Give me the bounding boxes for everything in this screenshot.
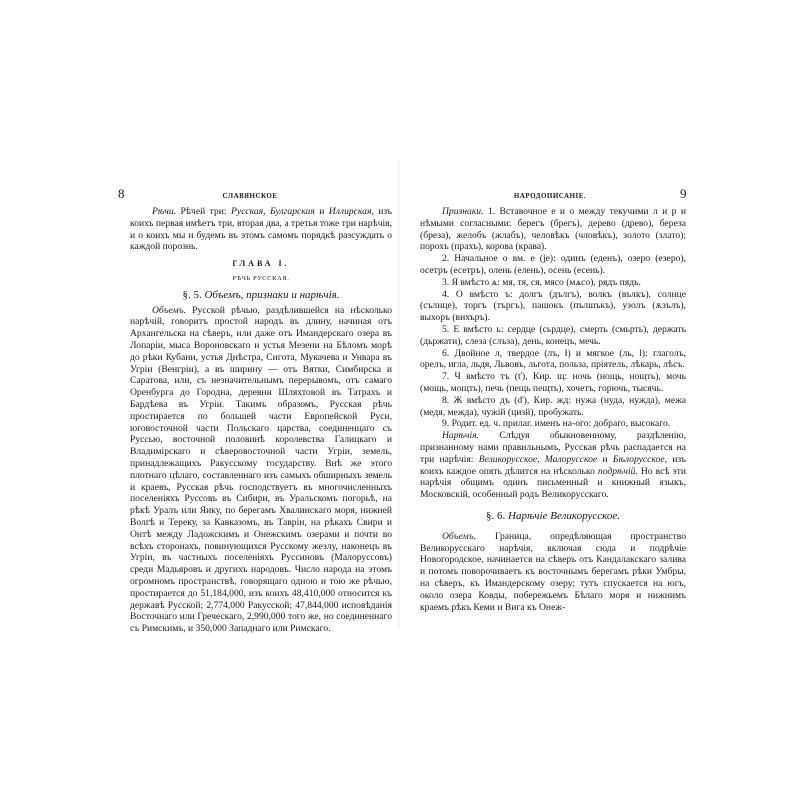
item-text: Е вмѣсто ь: сердце (сьрдце), смерть (смь… bbox=[420, 324, 686, 347]
body-paragraph: Объемъ. Граница, опредѣляющая пространст… bbox=[420, 531, 686, 614]
right-page-body: Признаки. 1. Вставочное е и о между теку… bbox=[420, 206, 686, 613]
section-heading: §. 6. Нарѣчіе Великорусское. bbox=[420, 511, 686, 523]
intro-text: и bbox=[315, 206, 329, 217]
item-text: Ж вмѣсто дъ (ď), Кир. жд: нужа (нуда, ну… bbox=[420, 395, 686, 418]
paragraph-lead: Нарѣчія. bbox=[442, 430, 479, 441]
signs-paragraph: Признаки. 1. Вставочное е и о между теку… bbox=[420, 206, 686, 253]
section-number: §. 6. bbox=[486, 510, 505, 522]
item-text: Я вмѣсто ѧ: мя, тя, ся, мясо (мѧсо), ряд… bbox=[452, 277, 641, 288]
list-item: 2. Начальное о вм. е (je): одинъ (еденъ)… bbox=[420, 253, 686, 277]
paragraph-text: Граница, опредѣляющая пространство Велик… bbox=[420, 531, 686, 613]
paragraph-italic: подрѣчій bbox=[598, 466, 636, 477]
intro-italic: Русская, Булгарская bbox=[231, 206, 315, 217]
body-paragraph: Объемъ. Русской рѣчью, раздѣлившейся на … bbox=[130, 305, 392, 635]
intro-text: Рѣчей три: bbox=[176, 206, 231, 217]
paragraph-text: и bbox=[597, 454, 613, 465]
page-number: 9 bbox=[680, 186, 687, 202]
right-page: НАРОДОПИСАНІЕ. 9 Признаки. 1. Вставочное… bbox=[400, 160, 720, 630]
list-item: 8. Ж вмѣсто дъ (ď), Кир. жд: нужа (нуда,… bbox=[420, 395, 686, 419]
left-page: 8 СЛАВЯНСКОЕ Рѣчи. Рѣчей три: Русская, Б… bbox=[100, 160, 400, 630]
chapter-subtitle: РѢЧЬ РУССКАЯ. bbox=[130, 273, 392, 285]
list-item: 7. Ч вмѣсто тъ (ť), Кир. щ: ночь (нощь, … bbox=[420, 371, 686, 395]
item-number: 1. Вставочное bbox=[488, 206, 551, 217]
item-number: 2. Начальное bbox=[442, 253, 503, 264]
book-spread: 8 СЛАВЯНСКОЕ Рѣчи. Рѣчей три: Русская, Б… bbox=[100, 160, 720, 630]
chapter-title: ГЛАВА I. bbox=[130, 258, 392, 270]
item-text: Ч вмѣсто тъ (ť), Кир. щ: ночь (нощь, нощ… bbox=[420, 371, 686, 394]
running-head: НАРОДОПИСАНІЕ. bbox=[400, 192, 700, 200]
list-item: 6. Двойное л, твердое (лъ, ł) и мягкое (… bbox=[420, 348, 686, 372]
left-page-body: Рѣчи. Рѣчей три: Русская, Булгарская и И… bbox=[130, 206, 392, 635]
item-text: Двойное л, твердое (лъ, ł) и мягкое (ль,… bbox=[420, 348, 686, 371]
intro-lead: Рѣчи. bbox=[152, 206, 176, 217]
item-number: 8. bbox=[442, 395, 454, 406]
list-item: 9. Родит. ед. ч. прилаг. именъ на-ого: д… bbox=[420, 418, 686, 430]
item-text: О вмѣсто ъ: долгъ (дългъ), волкъ (вълкъ)… bbox=[420, 289, 686, 324]
item-number: 9. bbox=[442, 418, 452, 429]
paragraph-text: Русской рѣчью, раздѣлившейся на нѣскольк… bbox=[130, 305, 392, 635]
list-item: 3. Я вмѣсто ѧ: мя, тя, ся, мясо (мѧсо), … bbox=[420, 277, 686, 289]
item-text: Родит. ед. ч. прилаг. именъ на-ого: добр… bbox=[452, 418, 671, 429]
running-head: СЛАВЯНСКОЕ bbox=[100, 192, 400, 200]
section-number: §. 5. bbox=[182, 289, 201, 301]
item-number: 7. bbox=[442, 371, 455, 382]
list-item: 4. О вмѣсто ъ: долгъ (дългъ), волкъ (въл… bbox=[420, 289, 686, 324]
intro-italic: Иллирская bbox=[329, 206, 372, 217]
item-number: 5. bbox=[442, 324, 453, 335]
dialects-paragraph: Нарѣчія. Слѣдуя обыкновенному, раздѣлені… bbox=[420, 430, 686, 501]
item-number: 3. bbox=[442, 277, 452, 288]
paragraph-italic: Бѣлорусское bbox=[613, 454, 665, 465]
section-heading: §. 5. Объемъ, признаки и нарѣчія. bbox=[130, 290, 392, 302]
intro-paragraph: Рѣчи. Рѣчей три: Русская, Булгарская и И… bbox=[130, 206, 392, 253]
list-item: 5. Е вмѣсто ь: сердце (сьрдце), смерть (… bbox=[420, 324, 686, 348]
paragraph-italic: Великорусское, Малорусское bbox=[479, 454, 597, 465]
paragraph-lead: Признаки. bbox=[442, 206, 484, 217]
paragraph-lead: Объемъ. bbox=[442, 531, 476, 542]
section-title: Нарѣчіе Великорусское. bbox=[508, 510, 620, 522]
item-number: 6. bbox=[442, 348, 454, 359]
paragraph-lead: Объемъ. bbox=[152, 305, 186, 316]
item-number: 4. bbox=[442, 289, 456, 300]
section-title: Объемъ, признаки и нарѣчія. bbox=[204, 289, 339, 301]
